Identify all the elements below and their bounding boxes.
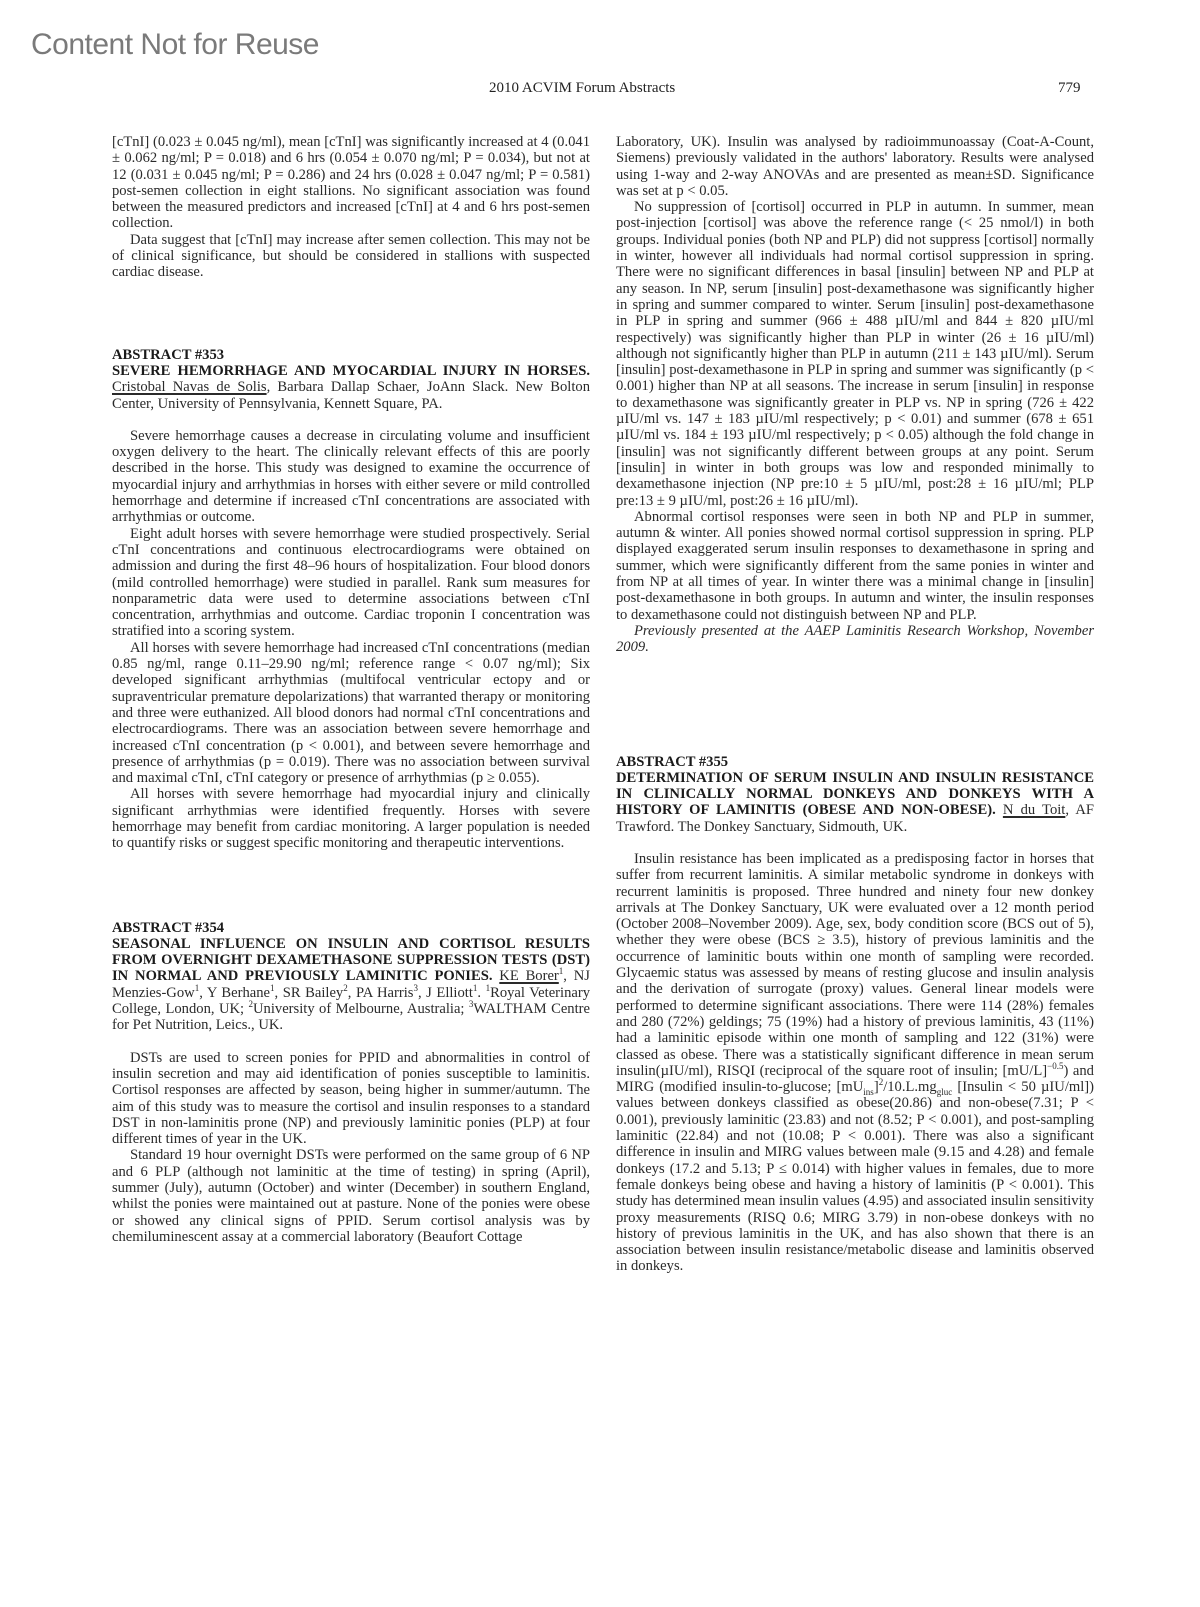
affiliation: University of Melbourne, Australia; <box>253 1001 464 1017</box>
journal-title: 2010 ACVIM Forum Abstracts <box>489 80 675 97</box>
affiliation-marker: 3 <box>413 983 418 993</box>
affiliation-marker: 1 <box>195 983 200 993</box>
affiliation-marker: 1 <box>270 983 275 993</box>
watermark: Content Not for Reuse <box>31 28 319 62</box>
author: Y Berhane <box>207 985 270 1001</box>
author: PA Harris <box>356 985 414 1001</box>
abstract-paragraph: Standard 19 hour overnight DSTs were per… <box>112 1147 590 1245</box>
abstract-paragraph: Laboratory, UK). Insulin was analysed by… <box>616 134 1094 199</box>
abstract-number: ABSTRACT #355 <box>616 754 1094 770</box>
presenting-author: Cristobal Navas de Solis <box>112 379 267 395</box>
text-run: Insulin resistance has been implicated a… <box>616 851 1094 1079</box>
abstract-paragraph: Insulin resistance has been implicated a… <box>616 851 1094 1275</box>
affiliation-marker: 1 <box>473 983 478 993</box>
abstract-paragraph: All horses with severe hemorrhage had in… <box>112 640 590 787</box>
abstract-354: ABSTRACT #354 SEASONAL INFLUENCE ON INSU… <box>112 920 590 1246</box>
right-column: Laboratory, UK). Insulin was analysed by… <box>616 134 1094 1275</box>
text-run: [Insulin < 50 µIU/ml]) values between do… <box>616 1079 1094 1274</box>
abstract-355: ABSTRACT #355 DETERMINATION OF SERUM INS… <box>616 754 1094 1275</box>
continuation-paragraph: Data suggest that [cTnI] may increase af… <box>112 232 590 281</box>
abstract-353: ABSTRACT #353 SEVERE HEMORRHAGE AND MYOC… <box>112 347 590 852</box>
left-column: [cTnI] (0.023 ± 0.045 ng/ml), mean [cTnI… <box>112 134 590 1245</box>
presentation-note: Previously presented at the AAEP Laminit… <box>616 623 1094 656</box>
abstract-title-block: SEASONAL INFLUENCE ON INSULIN AND CORTIS… <box>112 936 590 1034</box>
abstract-paragraph: Severe hemorrhage causes a decrease in c… <box>112 428 590 526</box>
abstract-paragraph: All horses with severe hemorrhage had my… <box>112 786 590 851</box>
abstract-paragraph: Abnormal cortisol responses were seen in… <box>616 509 1094 623</box>
author: J Elliott <box>426 985 473 1001</box>
abstract-number: ABSTRACT #353 <box>112 347 590 363</box>
exponent: −0.5 <box>1047 1061 1063 1071</box>
abstract-title-block: DETERMINATION OF SERUM INSULIN AND INSUL… <box>616 770 1094 835</box>
abstract-number: ABSTRACT #354 <box>112 920 590 936</box>
affiliation-marker: 2 <box>343 983 348 993</box>
abstract-paragraph: Eight adult horses with severe hemorrhag… <box>112 526 590 640</box>
author: SR Bailey <box>283 985 344 1001</box>
abstract-paragraph: No suppression of [cortisol] occurred in… <box>616 199 1094 509</box>
presenting-author: N du Toit <box>1003 802 1065 818</box>
abstract-title-block: SEVERE HEMORRHAGE AND MYOCARDIAL INJURY … <box>112 363 590 412</box>
presenting-author: KE Borer <box>499 968 559 984</box>
text-run: /10.L.mg <box>883 1079 937 1095</box>
abstract-title: SEVERE HEMORRHAGE AND MYOCARDIAL INJURY … <box>112 363 590 379</box>
page-number: 779 <box>1058 80 1081 97</box>
abstract-paragraph: DSTs are used to screen ponies for PPID … <box>112 1050 590 1148</box>
affiliation-marker: 1 <box>559 967 564 977</box>
continuation-paragraph: [cTnI] (0.023 ± 0.045 ng/ml), mean [cTnI… <box>112 134 590 232</box>
